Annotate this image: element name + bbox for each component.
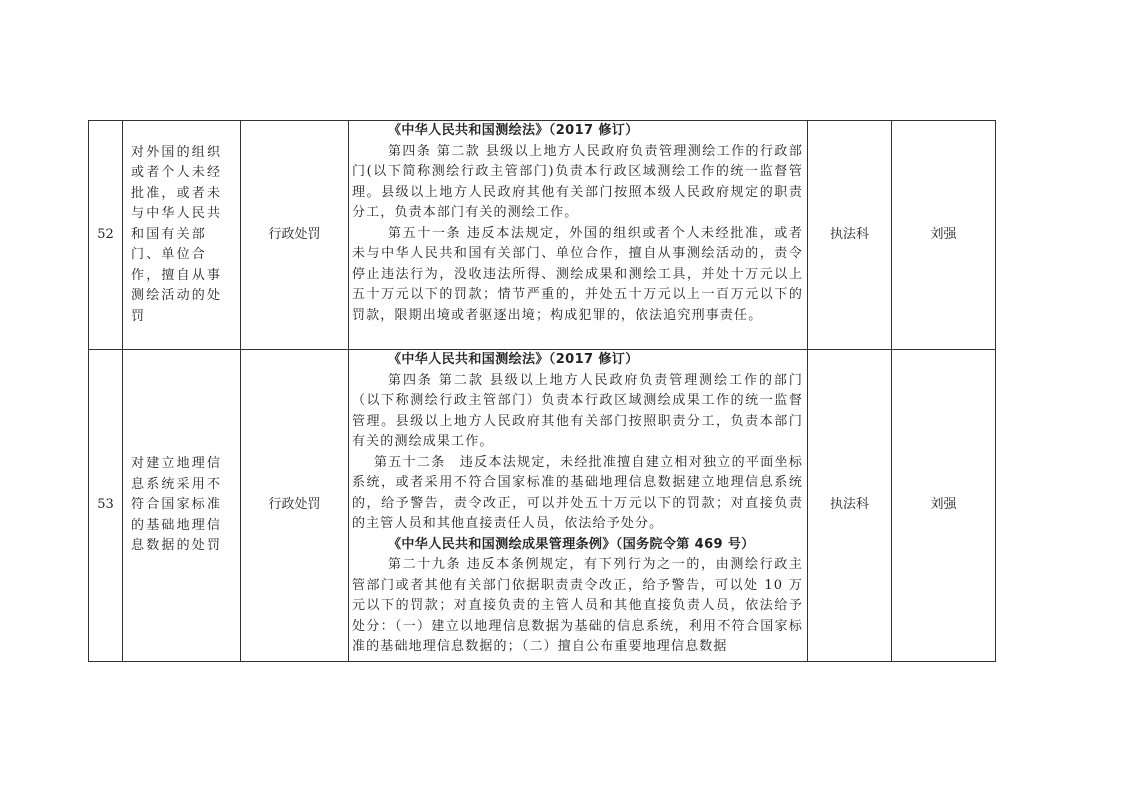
law-article: 第四条 第二款 县级以上地方人民政府负责管理测绘工作的行政部门(以下简称测绘行政… [352,142,803,224]
law-title: 《中华人民共和国测绘法》（2017 修订） [352,350,803,371]
regulation-article: 第二十九条 违反本条例规定，有下列行为之一的，由测绘行政主管部门或者其他有关部门… [352,555,803,658]
row-number: 53 [89,350,123,662]
category-cell: 行政处罚 [241,350,349,662]
department-cell: 执法科 [808,121,892,350]
legal-basis-cell: 《中华人民共和国测绘法》（2017 修订） 第四条 第二款 县级以上地方人民政府… [349,350,808,662]
regulation-title: 《中华人民共和国测绘成果管理条例》（国务院令第 469 号） [352,535,803,556]
law-article: 第五十二条 违反本法规定，未经批准擅自建立相对独立的平面坐标系统，或者采用不符合… [352,453,803,535]
law-article: 第五十一条 违反本法规定，外国的组织或者个人未经批准，或者未与中华人民共和国有关… [352,224,803,327]
table-row: 52 对外国的组织或者个人未经批准，或者未与中华人民共和国有关部门、单位合作，擅… [89,121,996,350]
item-name: 对建立地理信息系统采用不符合国家标准的基础地理信息数据的处罚 [123,454,240,557]
legal-basis-cell: 《中华人民共和国测绘法》（2017 修订） 第四条 第二款 县级以上地方人民政府… [349,121,808,350]
item-cell: 对外国的组织或者个人未经批准，或者未与中华人民共和国有关部门、单位合作，擅自从事… [123,121,241,350]
item-cell: 对建立地理信息系统采用不符合国家标准的基础地理信息数据的处罚 [123,350,241,662]
law-title: 《中华人民共和国测绘法》（2017 修订） [352,121,803,142]
legal-basis-content: 《中华人民共和国测绘法》（2017 修订） 第四条 第二款 县级以上地方人民政府… [352,350,803,661]
responsible-person-cell: 刘强 [892,350,996,662]
item-name: 对外国的组织或者个人未经批准，或者未与中华人民共和国有关部门、单位合作，擅自从事… [123,143,240,328]
responsibility-table: 52 对外国的组织或者个人未经批准，或者未与中华人民共和国有关部门、单位合作，擅… [88,120,996,662]
law-article: 第四条 第二款 县级以上地方人民政府负责管理测绘工作的部门（以下称测绘行政主管部… [352,371,803,453]
row-number: 52 [89,121,123,350]
table-row: 53 对建立地理信息系统采用不符合国家标准的基础地理信息数据的处罚 行政处罚 《… [89,350,996,662]
department-cell: 执法科 [808,350,892,662]
category-cell: 行政处罚 [241,121,349,350]
responsible-person-cell: 刘强 [892,121,996,350]
